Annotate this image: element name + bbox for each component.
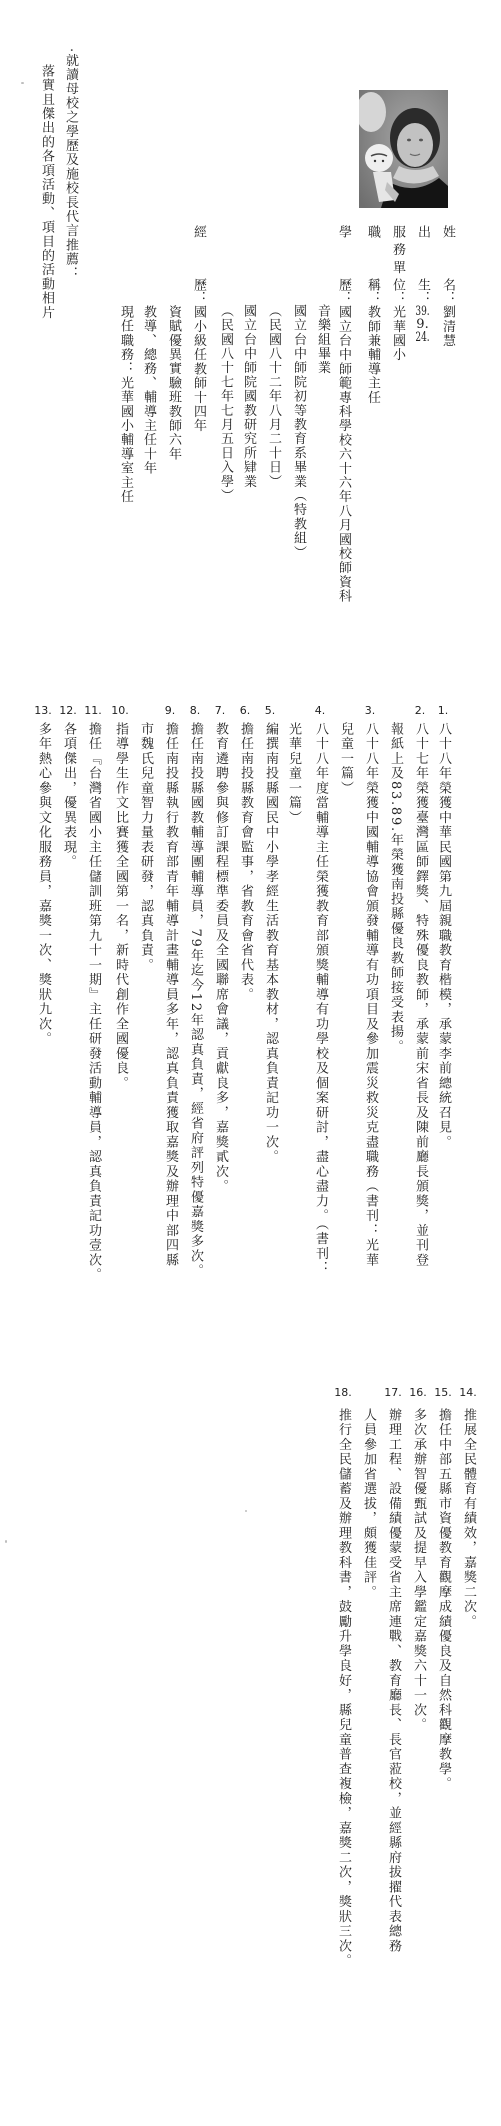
achievement-13-number: 13. <box>31 705 55 717</box>
achievement-14-number: 14. <box>456 1387 480 1399</box>
achievement-8-line-1: 擔任南投縣國教輔導團輔導員，79年迄今12年認真負責，經省府評列特優嘉獎多次。 <box>187 722 203 1278</box>
achievement-4-line-1: 八十八年度當輔導主任榮獲教育部頒獎輔導有功學校及個案研討，盡心盡力。（書刊： <box>312 722 328 1276</box>
field-unit: 服務單位：光華國小 <box>389 225 405 362</box>
birth-month: 9. <box>415 318 430 331</box>
achievement-3-number: 3. <box>358 705 382 717</box>
field-experience-label: 經歷 <box>190 225 206 291</box>
achievement-15-number: 15. <box>431 1387 455 1399</box>
achievement-2-number: 2. <box>408 705 432 717</box>
field-title-sep: ： <box>365 291 380 305</box>
field-unit-sep: ： <box>390 291 405 305</box>
achievement-5-number: 5. <box>258 705 282 717</box>
education-line-3: 國立台中師院初等教育系畢業（特教組） <box>290 304 306 560</box>
birth-year: 39. <box>415 305 430 318</box>
achievement-15-line-1: 擔任中部五縣市資優教育觀摩成績優良及自然科觀摩教學。 <box>435 1408 451 1792</box>
birth-day: 24. <box>415 331 430 344</box>
field-experience-sep: ： <box>191 291 206 305</box>
achievement-10-number: 10. <box>108 705 132 717</box>
field-name-label: 姓名 <box>439 225 455 291</box>
field-birth-label: 出生 <box>414 225 430 291</box>
education-line-6: （民國八十七年七月五日入學） <box>217 304 233 503</box>
achievement-7-number: 7. <box>208 705 232 717</box>
field-title-value: 教師兼輔導主任 <box>365 305 380 404</box>
achievement-9-number: 9. <box>158 705 182 717</box>
field-birth: 出生：39.9.24. <box>414 225 430 344</box>
education-line-4: （民國八十二年八月二十日） <box>265 304 281 489</box>
achievement-11-line-1: 擔任『台灣省國小主任儲訓班第九十一期』主任研發活動輔導員，認真負責記功壹次。 <box>85 722 101 1283</box>
achievement-3-line-2: 兒童一篇） <box>337 722 353 796</box>
experience-line-1: 國小級任教師十四年 <box>191 305 206 433</box>
scan-speck <box>21 82 24 84</box>
achievement-16-line-1: 多次承辦智優甄試及提早入學鑑定嘉獎六十一次。 <box>410 1408 426 1733</box>
achievement-16-number: 16. <box>406 1387 430 1399</box>
achievement-8-number: 8. <box>183 705 207 717</box>
achievement-12-line-1: 各項傑出，優異表現。 <box>60 722 76 870</box>
education-line-1: 國立台中師範專科學校六十六年八月國校師資科 <box>336 305 351 603</box>
achievement-11-number: 11. <box>81 705 105 717</box>
achievement-5-line-1: 編撰南投縣國民中小學孝經生活教育基本教材，認真負責記功一次。 <box>262 722 278 1165</box>
portrait-photo <box>359 90 448 208</box>
achievement-7-line-1: 教育遴聘參與修訂課程標準委員及全國聯席會議，貢獻良多，嘉獎貳次。 <box>212 722 228 1194</box>
field-education-sep: ： <box>336 291 351 305</box>
achievement-9-line-1: 擔任南投縣執行教育部青年輔導計畫輔導員多年，認真負責獲取嘉獎及辦理中部四縣 <box>162 722 178 1268</box>
field-birth-sep: ： <box>415 291 430 305</box>
field-title: 職稱：教師兼輔導主任 <box>364 225 380 405</box>
achievement-17-number: 17. <box>381 1387 405 1399</box>
achievement-4-number: 4. <box>308 705 332 717</box>
document-page: 姓名：劉清慧 出生：39.9.24. 服務單位：光華國小 職稱：教師兼輔導主任 … <box>0 0 501 2126</box>
recommendation-subheading: 落實且傑出的各項活動、項目的活動相片 <box>38 64 54 320</box>
field-unit-label: 服務單位 <box>389 225 405 291</box>
achievement-10-line-1: 指導學生作文比賽獲全國第一名，新時代創作全國優良。 <box>112 722 128 1091</box>
scan-speck <box>5 1540 7 1543</box>
scan-speck <box>245 1510 247 1512</box>
achievement-18-number: 18. <box>331 1387 355 1399</box>
achievement-6-line-1: 擔任南投縣教育會監事，省教育會省代表。 <box>237 722 253 1002</box>
achievement-3-line-1: 八十八年榮獲中國輔導協會頒發輔導有功項目及參加震災救災克盡職務（書刊：光華 <box>362 722 378 1268</box>
field-name-value: 劉清慧 <box>440 305 455 348</box>
achievement-6-number: 6. <box>233 705 257 717</box>
field-name: 姓名：劉清慧 <box>439 225 455 348</box>
achievement-9-line-2: 市魏氏兒童智力量表研發，認真負責。 <box>137 722 153 973</box>
achievement-18-line-1: 推行全民儲蓄及辦理教科書，鼓勵升學良好，縣兒童普查複檢，嘉獎二次，獎狀三次。 <box>335 1408 351 1969</box>
field-name-sep: ： <box>440 291 455 305</box>
field-title-label: 職稱 <box>364 225 380 291</box>
achievement-1-number: 1. <box>431 705 455 717</box>
education-line-2: 音樂組畢業 <box>314 304 330 375</box>
recommendation-heading: ‧就讀母校之學歷及施校長代言推薦： <box>62 48 78 281</box>
achievement-14-line-1: 推展全民體育有績效，嘉獎二次。 <box>460 1408 476 1629</box>
achievement-2-line-2: 報紙上及83.89.年榮獲南投縣優良教師接受表揚。 <box>387 722 403 1054</box>
field-experience: 經歷：國小級任教師十四年 <box>190 225 206 433</box>
experience-line-3: 教導、總務、輔導主任十年 <box>140 305 156 475</box>
achievement-17-line-1: 辦理工程、設備績優蒙受省主席連戰、教育廳長、長官蒞校，並經縣府拔擢代表總務 <box>385 1408 401 1954</box>
achievement-4-line-2: 光華兒童一篇） <box>285 722 301 825</box>
achievement-2-line-1: 八十七年榮獲臺灣區師鐸獎、特殊優良教師，承蒙前宋省長及陳前廳長頒獎，並刊登 <box>412 722 428 1268</box>
current-position: 現任職務：光華國小輔導室主任 <box>117 305 133 504</box>
education-line-5: 國立台中師院國教研究所肄業 <box>240 304 256 489</box>
field-education-label: 學歷 <box>335 225 351 291</box>
achievement-12-number: 12. <box>56 705 80 717</box>
field-unit-value: 光華國小 <box>390 305 405 362</box>
achievement-1-line-1: 八十八年榮獲中華民國第九屆親職教育楷模，承蒙李前總統召見。 <box>435 722 451 1150</box>
achievement-17-line-2: 人員參加省選拔，頗獲佳評。 <box>360 1408 376 1600</box>
achievement-13-line-1: 多年熱心參與文化服務員，嘉獎一次、獎狀九次。 <box>35 722 51 1047</box>
field-education: 學歷：國立台中師範專科學校六十六年八月國校師資科 <box>335 225 351 603</box>
experience-line-2: 資賦優異實驗班教師六年 <box>165 305 181 461</box>
person-photo-icon <box>359 90 448 208</box>
